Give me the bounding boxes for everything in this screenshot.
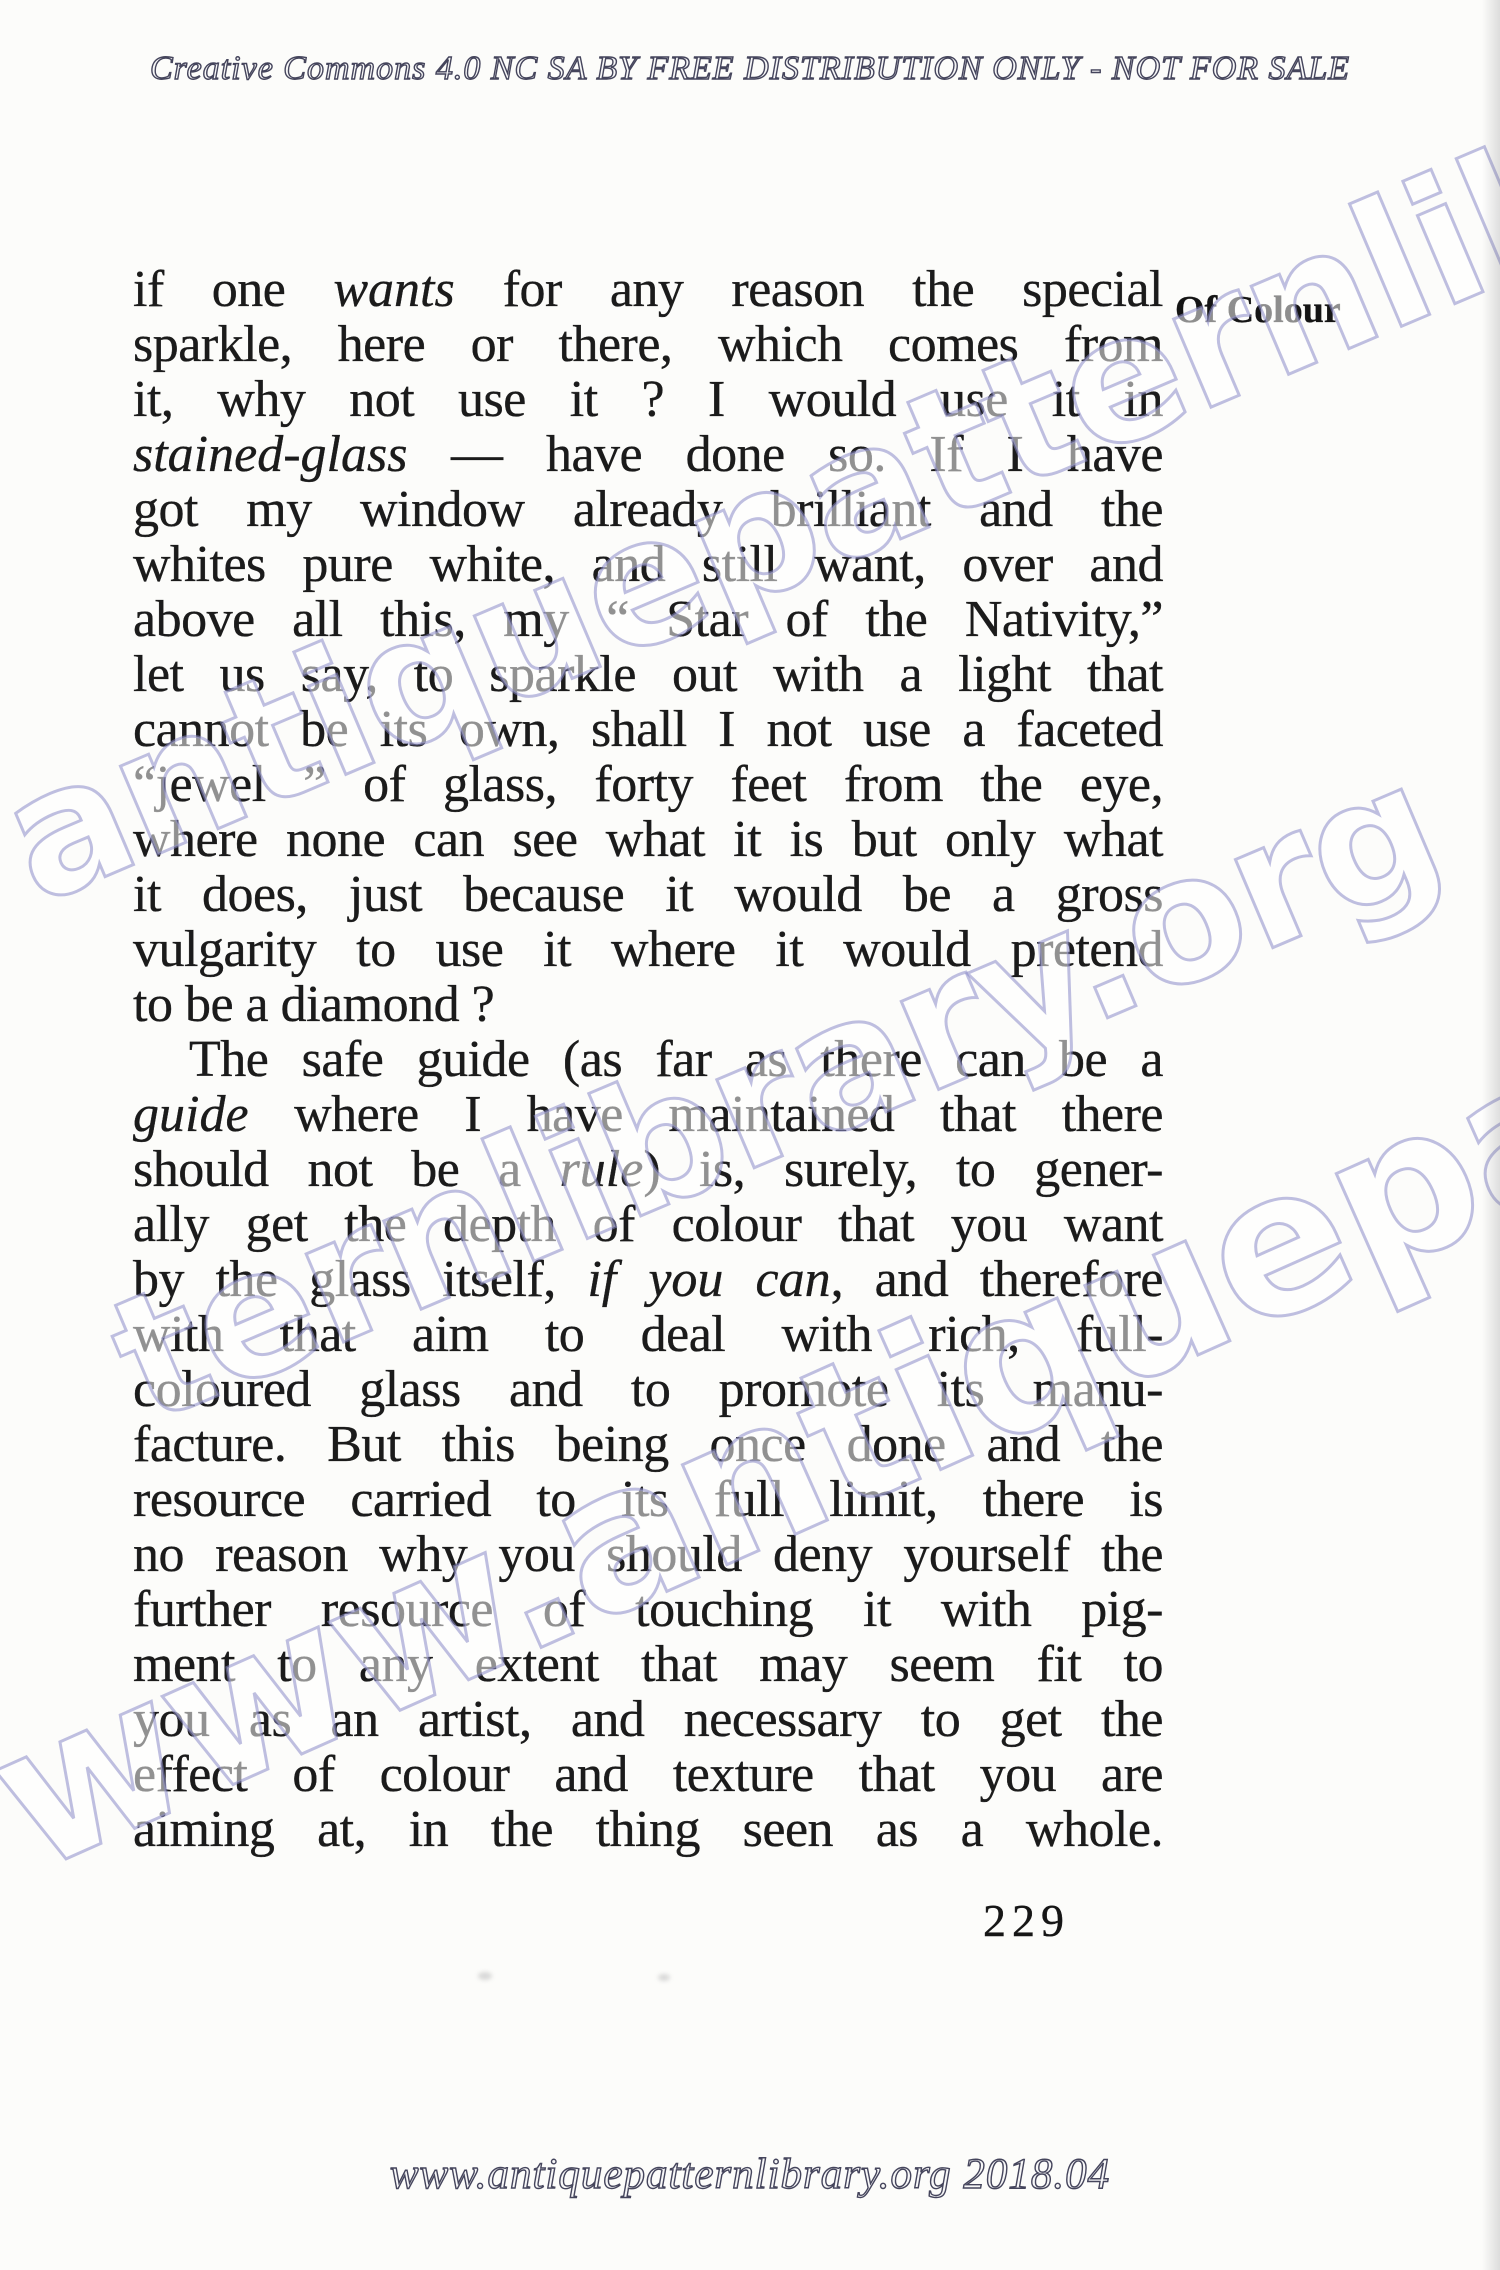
text-line: by the glass itself, if you can, and the…: [133, 1252, 1163, 1307]
margin-note: Of Colour: [1175, 288, 1341, 332]
text-line: got my window already brilliant and the: [133, 482, 1163, 537]
text-line: ally get the depth of colour that you wa…: [133, 1197, 1163, 1252]
text-segment: let us say, to sparkle out with a light …: [133, 646, 1163, 703]
text-segment: aiming at, in the thing seen as a whole.: [133, 1801, 1163, 1858]
text-line: aiming at, in the thing seen as a whole.: [133, 1802, 1163, 1857]
scan-speck: [658, 1974, 670, 1981]
text-segment: , and therefore: [831, 1251, 1163, 1308]
text-line: sparkle, here or there, which comes from: [133, 317, 1163, 372]
text-segment: ally get the depth of colour that you wa…: [133, 1196, 1163, 1253]
text-segment: to be a diamond ?: [133, 976, 494, 1033]
text-line: no reason why you should deny yourself t…: [133, 1527, 1163, 1582]
text-line: where none can see what it is but only w…: [133, 812, 1163, 867]
text-segment: you as an artist, and necessary to get t…: [133, 1691, 1163, 1748]
text-segment: vulgarity to use it where it would prete…: [133, 921, 1163, 978]
text-segment: cannot be its own, shall I not use a fac…: [133, 701, 1163, 758]
italic-text-segment: wants: [333, 261, 454, 318]
text-segment: effect of colour and texture that you ar…: [133, 1746, 1163, 1803]
text-segment: by the glass itself,: [133, 1251, 587, 1308]
text-segment: for any reason the special: [455, 261, 1163, 318]
text-line: cannot be its own, shall I not use a fac…: [133, 702, 1163, 757]
text-segment: should not be a: [133, 1141, 560, 1198]
italic-text-segment: stained-glass: [133, 426, 407, 483]
footer-credit: www.antiquepatternlibrary.org 2018.04: [0, 2150, 1500, 2199]
text-segment: if one: [133, 261, 333, 318]
page-edge-shadow: [1482, 0, 1500, 2270]
body-lines: if one wants for any reason the specials…: [133, 262, 1163, 1857]
text-line: whites pure white, and still want, over …: [133, 537, 1163, 592]
text-segment: ment to any extent that may seem fit to: [133, 1636, 1163, 1693]
text-segment: — have done so. If I have: [407, 426, 1163, 483]
text-segment: coloured glass and to promote its manu-: [133, 1361, 1163, 1418]
text-line: The safe guide (as far as there can be a: [133, 1032, 1163, 1087]
text-line: it does, just because it would be a gros…: [133, 867, 1163, 922]
italic-text-segment: guide: [133, 1086, 249, 1143]
text-line: effect of colour and texture that you ar…: [133, 1747, 1163, 1802]
text-segment: got my window already brilliant and the: [133, 481, 1163, 538]
text-line: further resource of touching it with pig…: [133, 1582, 1163, 1637]
text-segment: where none can see what it is but only w…: [133, 811, 1163, 868]
text-line: it, why not use it ? I would use it in: [133, 372, 1163, 427]
text-line: with that aim to deal with rich, full-: [133, 1307, 1163, 1362]
text-line: ment to any extent that may seem fit to: [133, 1637, 1163, 1692]
text-segment: ) is, surely, to gener-: [643, 1141, 1163, 1198]
text-line: stained-glass — have done so. If I have: [133, 427, 1163, 482]
text-line: above all this, my “ Star of the Nativit…: [133, 592, 1163, 647]
text-segment: sparkle, here or there, which comes from: [133, 316, 1163, 373]
text-line: resource carried to its full limit, ther…: [133, 1472, 1163, 1527]
text-segment: whites pure white, and still want, over …: [133, 536, 1163, 593]
text-line: facture. But this being once done and th…: [133, 1417, 1163, 1472]
text-line: let us say, to sparkle out with a light …: [133, 647, 1163, 702]
text-line: should not be a rule) is, surely, to gen…: [133, 1142, 1163, 1197]
text-segment: it does, just because it would be a gros…: [133, 866, 1163, 923]
license-header: Creative Commons 4.0 NC SA BY FREE DISTR…: [0, 50, 1500, 88]
italic-text-segment: if you can: [587, 1251, 830, 1308]
text-segment: facture. But this being once done and th…: [133, 1416, 1163, 1473]
text-segment: no reason why you should deny yourself t…: [133, 1526, 1163, 1583]
italic-text-segment: rule: [560, 1141, 644, 1198]
text-line: “jewel ” of glass, forty feet from the e…: [133, 757, 1163, 812]
scanned-book-page: Creative Commons 4.0 NC SA BY FREE DISTR…: [0, 0, 1500, 2270]
page-number: 229: [983, 1894, 1070, 1947]
scan-speck: [478, 1972, 492, 1980]
text-segment: “jewel ” of glass, forty feet from the e…: [133, 756, 1163, 813]
text-line: guide where I have maintained that there: [133, 1087, 1163, 1142]
text-segment: where I have maintained that there: [249, 1086, 1163, 1143]
text-segment: with that aim to deal with rich, full-: [133, 1306, 1163, 1363]
text-line: to be a diamond ?: [133, 977, 1163, 1032]
text-line: vulgarity to use it where it would prete…: [133, 922, 1163, 977]
text-segment: The safe guide (as far as there can be a: [189, 1031, 1163, 1088]
text-line: coloured glass and to promote its manu-: [133, 1362, 1163, 1417]
text-segment: resource carried to its full limit, ther…: [133, 1471, 1163, 1528]
text-segment: it, why not use it ? I would use it in: [133, 371, 1163, 428]
text-line: if one wants for any reason the special: [133, 262, 1163, 317]
text-segment: further resource of touching it with pig…: [133, 1581, 1163, 1638]
text-segment: above all this, my “ Star of the Nativit…: [133, 591, 1163, 648]
text-line: you as an artist, and necessary to get t…: [133, 1692, 1163, 1747]
